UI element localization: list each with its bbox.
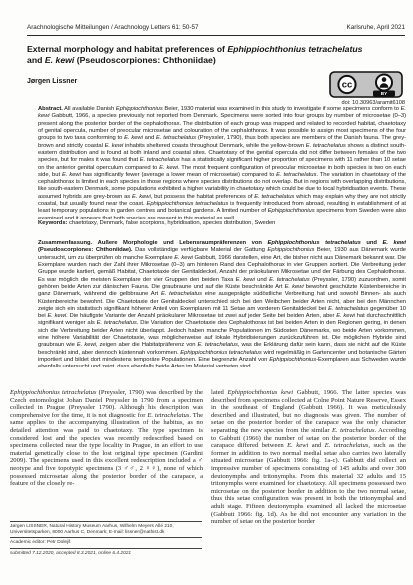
author-address: Jørgen LISSNER, Natural History Museum A… <box>10 521 202 537</box>
keywords-label: Keywords: <box>38 220 67 226</box>
journal-title: Arachnologische Mitteilungen / Arachnolo… <box>27 24 199 31</box>
issue-date: Karlsruhe, April 2021 <box>347 24 405 31</box>
zusammenfassung-text: Das vollständige verfügbare Material der… <box>38 247 406 367</box>
page-title: External morphology and habitat preferen… <box>27 44 377 66</box>
intro-paragraph-right: lated Ephippiochthonius kewi Gabbutt, 19… <box>211 389 406 526</box>
author-name: Jørgen Lissner <box>27 78 77 85</box>
running-head: Arachnologische Mitteilungen / Arachnolo… <box>27 24 405 31</box>
submission-dates: submitted 7.12.2020, accepted 8.3.2021, … <box>10 548 202 559</box>
academic-editor: Academic editor: Petr Dolejš <box>10 537 202 548</box>
title-line-2: and E. kewi (Pseudoscorpiones: Chthoniid… <box>27 55 377 66</box>
cc-by-license-badge[interactable]: cc BY <box>329 71 403 98</box>
body-column-left: Ephippiochthonius tetrachelatus (Preyssl… <box>10 389 203 520</box>
paper-page: Arachnologische Mitteilungen / Arachnolo… <box>0 0 413 585</box>
svg-text:cc: cc <box>342 80 353 91</box>
keywords-line: Keywords: chaetotaxy, Denmark, false sco… <box>38 220 406 230</box>
intro-paragraph-left: Ephippiochthonius tetrachelatus (Preyssl… <box>10 389 203 488</box>
body-column-right: lated Ephippiochthonius kewi Gabbutt, 19… <box>211 389 406 579</box>
abstract-paragraph: Abstract. All available Danish Ephippioc… <box>38 106 406 219</box>
header-rule <box>27 35 405 36</box>
keywords-text: chaetotaxy, Denmark, false scorpions, hy… <box>69 220 275 226</box>
zusammenfassung-paragraph: Zusammenfassung. Äußere Morphologie und … <box>38 240 406 367</box>
abstract-label: Abstract. <box>38 106 63 112</box>
abstract-text: All available Danish Ephippiochthonius B… <box>38 106 406 219</box>
footnote-block: Jørgen LISSNER, Natural History Museum A… <box>10 521 202 558</box>
cc-icon: cc <box>338 76 355 93</box>
title-line-1: External morphology and habitat preferen… <box>27 44 377 55</box>
by-label: BY <box>381 91 387 96</box>
